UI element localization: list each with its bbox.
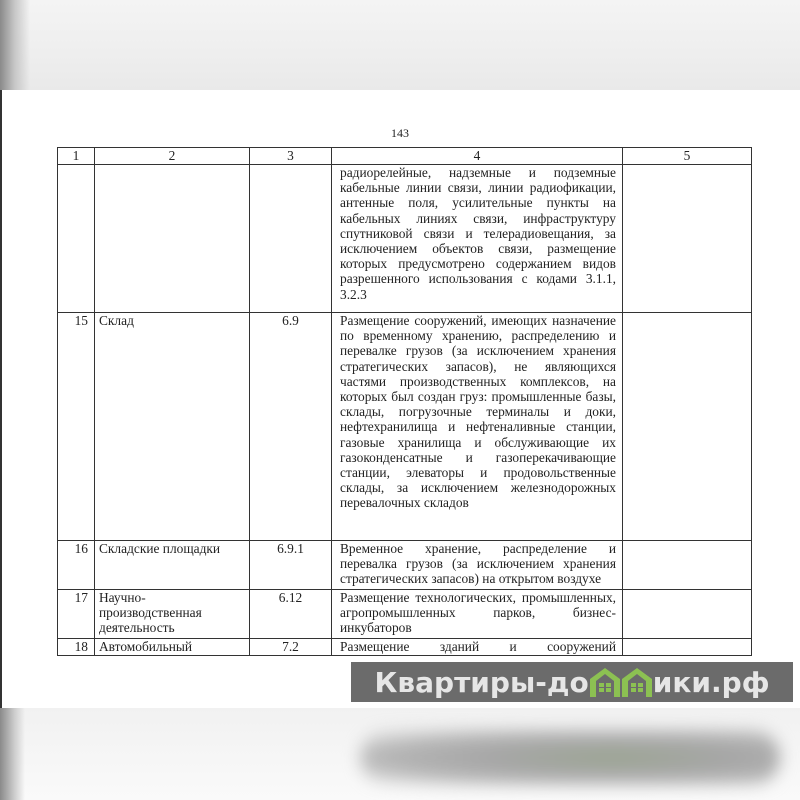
table-row: 15 Склад 6.9 Размещение сооружений, имею… (58, 313, 752, 541)
row-description: Размещение сооружений, имеющих назначени… (332, 313, 623, 541)
row-name (95, 165, 250, 313)
row-note (623, 313, 752, 541)
table-row: 18 Автомобильный 7.2 Размещение зданий и… (58, 639, 752, 656)
header-cell: 2 (95, 148, 250, 165)
watermark-text-end: ики.рф (653, 666, 770, 699)
row-note (623, 590, 752, 639)
row-description: Размещение зданий и сооружений (332, 639, 623, 656)
row-number: 18 (58, 639, 95, 656)
row-code: 7.2 (250, 639, 332, 656)
header-cell: 3 (250, 148, 332, 165)
header-cell: 1 (58, 148, 95, 165)
row-description: Размещение технологических, промышленных… (332, 590, 623, 639)
table-row: радиорелейные, надземные и подземные каб… (58, 165, 752, 313)
row-description: радиорелейные, надземные и подземные каб… (332, 165, 623, 313)
row-number: 17 (58, 590, 95, 639)
row-code (250, 165, 332, 313)
header-cell: 5 (623, 148, 752, 165)
row-name: Складские площадки (95, 541, 250, 590)
row-description: Временное хранение, распределение и пере… (332, 541, 623, 590)
two-houses-icon (590, 667, 652, 697)
row-number: 15 (58, 313, 95, 541)
watermark-banner: Квартиры-до ики.рф (351, 662, 793, 702)
row-code: 6.9.1 (250, 541, 332, 590)
row-note (623, 639, 752, 656)
watermark-text-start: Квартиры-до (375, 666, 589, 699)
header-cell: 4 (332, 148, 623, 165)
row-name: Автомобильный (95, 639, 250, 656)
row-code: 6.9 (250, 313, 332, 541)
page-number: 143 (0, 126, 800, 141)
table-header-row: 1 2 3 4 5 (58, 148, 752, 165)
blurred-top-background (0, 0, 800, 90)
table-row: 17 Научно-производственная деятельность … (58, 590, 752, 639)
row-code: 6.12 (250, 590, 332, 639)
row-number: 16 (58, 541, 95, 590)
land-use-table: 1 2 3 4 5 радиорелейные, надземные и под… (57, 147, 752, 656)
row-name: Склад (95, 313, 250, 541)
row-number (58, 165, 95, 313)
row-note (623, 165, 752, 313)
table-row: 16 Складские площадки 6.9.1 Временное хр… (58, 541, 752, 590)
blurred-bottom-background (0, 708, 800, 800)
row-note (623, 541, 752, 590)
row-name: Научно-производственная деятельность (95, 590, 250, 639)
